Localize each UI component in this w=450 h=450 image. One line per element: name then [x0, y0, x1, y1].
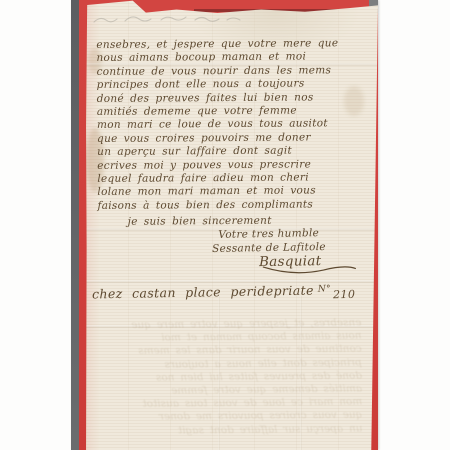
letter-line: continue de vous nourir dans les mems	[97, 64, 363, 79]
letter-line: ensebres, et jespere que votre mere que	[96, 37, 362, 52]
photo-area: ensebres, et jespere que votre mere que …	[71, 0, 378, 450]
signature-flourish	[261, 261, 357, 275]
address-text: chez castan place peridepriate	[92, 283, 314, 302]
letter-body: ensebres, et jespere que votre mere que …	[96, 37, 363, 230]
signature-name: Basquiat	[235, 255, 345, 270]
photograph-of-letter: ensebres, et jespere que votre mere que …	[0, 0, 450, 450]
faded-ink-marks	[92, 12, 252, 28]
letter-line: mon mari ce loue de vous tous ausitot	[97, 118, 363, 133]
signature-block: Votre tres humble Sessante de Lafitole B…	[193, 227, 346, 271]
letter-paper: ensebres, et jespere que votre mere que …	[86, 0, 378, 450]
address-line: chez castan place peridepriateN°210	[92, 282, 372, 302]
address-number-label: N°	[318, 284, 331, 294]
ink-bleedthrough: ensebres, et jespere que votre mere quen…	[93, 317, 362, 439]
photo-edge-strip	[71, 0, 79, 450]
letter-line: faisons à tous bien des complimants	[97, 198, 363, 213]
address-number: 210	[333, 288, 355, 301]
